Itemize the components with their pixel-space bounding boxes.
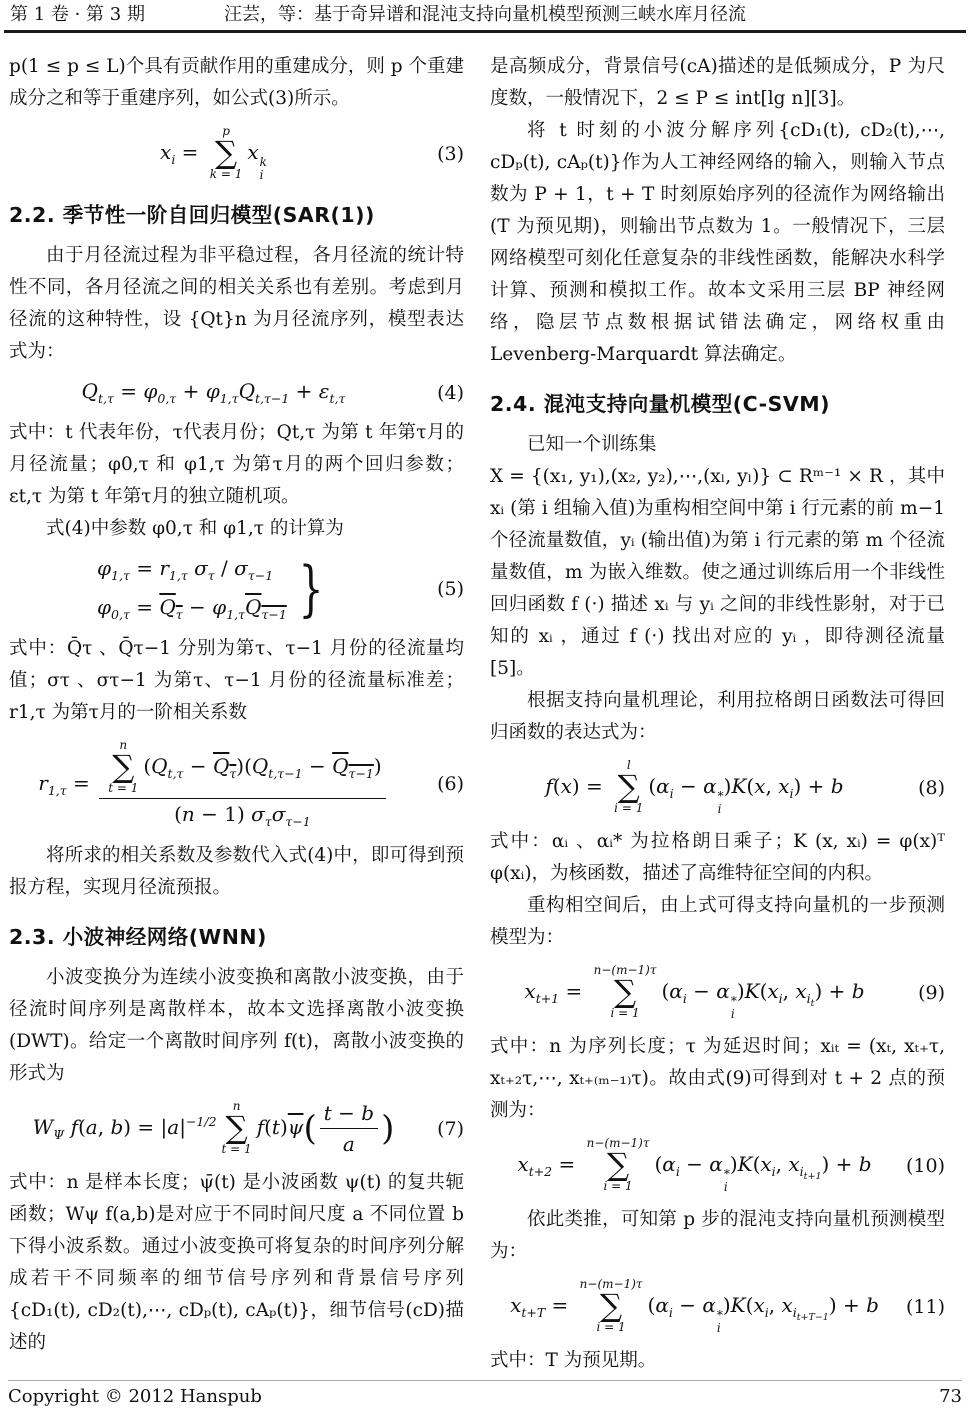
math-token: k: [260, 156, 267, 169]
math-token: Ψ: [53, 1127, 64, 1142]
math-token: εt,τ: [319, 379, 346, 403]
equation-4-body: Qt,τ = φ0,τ + φ1,τQt,τ−1 + εt,τ: [9, 378, 418, 407]
equation-7-number: (7): [418, 1118, 464, 1140]
math-token: n∑t = 1(Qt,τ − Qτ)(Qt,τ−1 − Qτ−1): [99, 739, 386, 799]
math-token: −: [674, 774, 703, 798]
math-token: t+2: [529, 1164, 552, 1179]
math-token: ψ: [288, 1115, 304, 1139]
equation-4-number: (4): [418, 382, 464, 404]
math-token: α*i: [702, 1293, 723, 1317]
math-token: f: [257, 1115, 264, 1139]
paragraph: 由于月径流过程为非平稳过程，各月径流的统计特性不同，各月径流之间的相关关系也有差…: [9, 240, 464, 368]
math-token: =: [67, 771, 96, 795]
math-token: ,: [776, 1152, 789, 1176]
math-token: xki: [247, 140, 267, 164]
math-token: xit+T−1: [781, 1293, 828, 1317]
math-token: l∑i = 1: [614, 759, 643, 816]
math-token: τ: [265, 814, 272, 829]
math-token: t: [324, 1101, 332, 1125]
equation-7-body: WΨ f(a, b) = |a|−1/2n∑t = 1f(t)ψ(t − ba): [9, 1100, 418, 1157]
math-token: =: [130, 556, 159, 580]
equation-11-body: xt+T = n−(m−1)τ∑i = 1(αi − α*i)K(xi, xit…: [490, 1278, 899, 1335]
math-token: (n − 1) στστ−1: [174, 799, 311, 830]
math-token: (: [78, 1115, 86, 1139]
math-token: αi: [669, 979, 687, 1003]
math-token: φ1,τ: [212, 595, 245, 619]
math-token: x: [754, 774, 765, 798]
math-token: xt+1: [524, 979, 559, 1003]
math-token: φ0,τ: [97, 595, 130, 619]
math-token: Qτ: [213, 754, 236, 778]
paragraph: 是高频成分，背景信号(cA)描述的是低频成分，P 为尺度数，一般情况下，2 ≤ …: [490, 51, 945, 115]
math-token: φ1,τ = r1,τ στ / στ−1φ0,τ = Qτ − φ1,τQτ−…: [97, 555, 287, 623]
equation-5: φ1,τ = r1,τ στ / στ−1φ0,τ = Qτ − φ1,τQτ−…: [9, 555, 464, 623]
section-heading-2-3: 2.3. 小波神经网络(WNN): [9, 920, 464, 950]
math-token: Qτ: [159, 595, 182, 619]
equation-5-body: φ1,τ = r1,τ στ / στ−1φ0,τ = Qτ − φ1,τQτ−…: [9, 555, 418, 623]
math-token: ∑: [112, 753, 134, 782]
math-token: φ0,τ: [143, 379, 176, 403]
math-token: a: [167, 1115, 179, 1139]
math-token: }: [298, 564, 323, 615]
math-token: αi: [655, 1293, 673, 1317]
math-token: b: [361, 1101, 374, 1125]
math-token: 1,τ: [48, 783, 67, 798]
math-token: i: [724, 1181, 728, 1194]
math-token: i = 1: [603, 1180, 632, 1194]
math-token: στ: [251, 802, 272, 826]
math-token: xt+T: [510, 1293, 545, 1317]
math-token: τ: [208, 568, 215, 583]
math-token: α: [703, 774, 717, 798]
math-token: Qt,τ−1: [252, 754, 303, 778]
paragraph: 式中：Q̄τ 、Q̄τ−1 分别为第τ、τ−1 月份的径流量均值；στ 、στ−…: [9, 633, 464, 729]
paragraph: 式中：t 代表年份，τ代表月份；Qt,τ 为第 t 年第τ月的月径流量；φ0,τ…: [9, 417, 464, 513]
math-token: k = 1: [210, 168, 243, 182]
math-token: − 1): [195, 802, 251, 826]
math-token: n−(m−1)τ∑i = 1: [594, 964, 657, 1021]
math-token: t+T: [521, 1305, 545, 1320]
math-token: ): [374, 754, 382, 778]
math-token: x: [247, 140, 258, 164]
math-token: b: [859, 1152, 872, 1176]
math-token: 1,τ: [111, 568, 130, 583]
math-token: K: [731, 1293, 746, 1317]
math-token: n−(m−1)τ∑i = 1: [580, 1278, 643, 1335]
equation-6-number: (6): [418, 773, 464, 795]
math-token: t+T−1: [797, 1312, 829, 1323]
math-token: (: [174, 802, 182, 826]
math-token: K: [745, 979, 760, 1003]
math-token: α*i: [703, 774, 724, 798]
math-token: −: [183, 754, 212, 778]
math-token: α*i: [716, 979, 737, 1003]
math-token: =: [552, 1152, 581, 1176]
paragraph: 式中：T 为预见期。: [490, 1345, 945, 1377]
math-token: xi: [778, 774, 793, 798]
equation-3-body: xi = p∑k = 1xki: [9, 125, 418, 182]
math-token: t − ba: [320, 1100, 378, 1157]
equation-11-number: (11): [899, 1296, 945, 1318]
math-token: K: [738, 1152, 753, 1176]
section-heading-2-2: 2.2. 季节性一阶自回归模型(SAR(1)): [9, 198, 464, 228]
math-token: i = 1: [597, 1321, 626, 1335]
equation-8: f(x) = l∑i = 1(αi − α*i)K(x, xi) + b (8): [490, 759, 945, 816]
math-token: =: [175, 140, 204, 164]
math-token: i = 1: [614, 802, 643, 816]
math-token: xi: [753, 1293, 768, 1317]
math-token: ,: [783, 979, 796, 1003]
right-column: 是高频成分，背景信号(cA)描述的是低频成分，P 为尺度数，一般情况下，2 ≤ …: [490, 51, 945, 1381]
math-token: =: [545, 1293, 574, 1317]
paragraph: X = {(x₁, y₁),(x₂, y₂),⋯,(xₗ, yₗ)} ⊂ Rᵐ⁻…: [490, 461, 945, 685]
two-column-content: p(1 ≤ p ≤ L)个具有贡献作用的重建成分，则 p 个重建成分之和等于重建…: [0, 33, 970, 1381]
equation-3: xi = p∑k = 1xki (3): [9, 125, 464, 182]
math-token: =: [114, 379, 143, 403]
paragraph: 将所求的相关系数及参数代入式(4)中，即可得到预报方程，实现月径流预报。: [9, 840, 464, 904]
left-column: p(1 ≤ p ≤ L)个具有贡献作用的重建成分，则 p 个重建成分之和等于重建…: [9, 51, 464, 1381]
math-token: xi: [760, 1152, 775, 1176]
paragraph: 已知一个训练集: [490, 429, 945, 461]
math-token: 0,τ: [157, 391, 176, 406]
math-token: f: [545, 774, 552, 798]
math-token: p∑k = 1: [210, 125, 243, 182]
math-token: t − b: [320, 1100, 378, 1129]
math-token: it+1: [800, 1164, 822, 1179]
paragraph: 式中：n 是样本长度；ψ̄(t) 是小波函数 ψ(t) 的复共轭函数；Wψ f(…: [9, 1167, 464, 1359]
math-token: ): [381, 1109, 394, 1149]
math-token: a: [343, 1129, 355, 1157]
equation-3-number: (3): [418, 143, 464, 165]
math-token: τ−1: [261, 607, 286, 622]
math-token: a: [86, 1115, 98, 1139]
equation-4: Qt,τ = φ0,τ + φ1,τQt,τ−1 + εt,τ (4): [9, 378, 464, 407]
math-token: |−1/2: [179, 1115, 216, 1139]
paragraph: 式中：αᵢ 、αᵢ* 为拉格朗日乘子；K (x, xᵢ) = φ(x)ᵀ φ(x…: [490, 826, 945, 890]
equation-5-number: (5): [418, 578, 464, 600]
math-token: αi: [656, 774, 674, 798]
math-token: ,: [98, 1115, 111, 1139]
paragraph: 将 t 时刻的小波分解序列{cD₁(t), cD₂(t),⋯, cDₚ(t), …: [490, 115, 945, 371]
math-token: ∑: [600, 1292, 622, 1321]
math-token: φ1,τ: [206, 379, 239, 403]
paragraph: 根据支持向量机理论，利用拉格朗日函数法可得回归函数的表达式为：: [490, 685, 945, 749]
math-token: ) +: [822, 1152, 859, 1176]
math-token: t,τ: [330, 391, 346, 406]
math-token: στ−1: [272, 802, 311, 826]
math-token: r1,τ: [159, 556, 187, 580]
math-token: ∑: [614, 978, 636, 1007]
math-token: 1,τ: [226, 607, 245, 622]
equation-9: xt+1 = n−(m−1)τ∑i = 1(αi − α*i)K(xi, xit…: [490, 964, 945, 1021]
page-footer: Copyright © 2012 Hanspub 73: [8, 1380, 962, 1408]
math-token: αi: [662, 1152, 680, 1176]
math-token: it+T−1: [793, 1305, 829, 1320]
math-token: f: [71, 1115, 78, 1139]
paragraph: 依此类推，可知第 p 步的混沌支持向量机预测模型为：: [490, 1204, 945, 1268]
math-token: n∑t = 1: [108, 739, 138, 796]
math-token: t,τ: [168, 766, 184, 781]
math-token: t = 1: [222, 1143, 252, 1157]
math-token: α: [709, 1152, 723, 1176]
math-token: 0,τ: [111, 607, 130, 622]
math-token: Qτ−1: [332, 754, 374, 778]
math-token: n∑t = 1: [222, 1100, 252, 1157]
equation-6-body: r1,τ = n∑t = 1(Qt,τ − Qτ)(Qt,τ−1 − Qτ−1)…: [9, 739, 418, 830]
equation-6: r1,τ = n∑t = 1(Qt,τ − Qτ)(Qt,τ−1 − Qτ−1)…: [9, 739, 464, 830]
math-token: t = 1: [108, 782, 138, 796]
section-heading-2-4: 2.4. 混沌支持向量机模型(C-SVM): [490, 387, 945, 417]
math-token: xt+2: [517, 1152, 552, 1176]
equation-7: WΨ f(a, b) = |a|−1/2n∑t = 1f(t)ψ(t − ba)…: [9, 1100, 464, 1157]
math-token: xit: [795, 979, 814, 1003]
math-token: K: [731, 774, 746, 798]
math-token: x: [561, 774, 572, 798]
math-token: α: [716, 979, 730, 1003]
math-token: −: [332, 1101, 361, 1125]
equation-9-body: xt+1 = n−(m−1)τ∑i = 1(αi − α*i)K(xi, xit…: [490, 964, 899, 1021]
page-header: 第 1 卷 · 第 3 期 汪芸，等：基于奇异谱和混沌支持向量机模型预测三峡水库…: [4, 0, 966, 33]
math-token: ) =: [572, 774, 609, 798]
math-token: φ1,τ = r1,τ στ / στ−1: [97, 555, 273, 584]
math-token: )(: [236, 754, 252, 778]
math-token: ) +: [815, 979, 852, 1003]
math-token: n−(m−1)τ∑i = 1: [587, 1137, 650, 1194]
math-token: i: [260, 169, 264, 182]
math-token: 1,τ: [220, 391, 239, 406]
math-token: ∑: [607, 1151, 629, 1180]
math-token: ) +: [794, 774, 831, 798]
math-token: ∑: [215, 139, 237, 168]
math-token: −: [183, 595, 212, 619]
math-token: b: [852, 979, 865, 1003]
math-token: ,: [766, 774, 779, 798]
math-token: t+1: [536, 991, 559, 1006]
math-token: t,τ: [98, 391, 114, 406]
math-token: ki: [260, 156, 267, 181]
math-token: −1/2: [186, 1114, 217, 1129]
equation-8-number: (8): [899, 777, 945, 799]
math-token: φ1,τ = r1,τ στ / στ−1φ0,τ = Qτ − φ1,τQτ−…: [97, 555, 330, 623]
paragraph: 小波变换分为连续小波变换和离散小波变换，由于径流时间序列是离散样本，故本文选择离…: [9, 962, 464, 1090]
math-token: xit+1: [788, 1152, 821, 1176]
paragraph: 式(4)中参数 φ0,τ 和 φ1,τ 的计算为: [9, 513, 464, 545]
equation-10: xt+2 = n−(m−1)τ∑i = 1(αi − α*i)K(xi, xit…: [490, 1137, 945, 1194]
math-token: t,τ−1: [255, 391, 289, 406]
math-token: ) = |: [123, 1115, 167, 1139]
math-token: (: [648, 774, 656, 798]
math-token: −: [687, 979, 716, 1003]
math-token: b: [866, 1293, 879, 1317]
paper-page: 第 1 卷 · 第 3 期 汪芸，等：基于奇异谱和混沌支持向量机模型预测三峡水库…: [0, 0, 970, 1414]
equation-9-number: (9): [899, 982, 945, 1004]
math-token: i: [718, 803, 722, 816]
math-token: −: [303, 754, 332, 778]
math-token: (: [303, 1109, 316, 1149]
math-token: n∑t = 1(Qt,τ − Qτ)(Qt,τ−1 − Qτ−1)(n − 1)…: [99, 739, 386, 830]
math-token: (: [143, 754, 151, 778]
page-number: 73: [939, 1386, 962, 1408]
math-token: (: [553, 774, 561, 798]
math-token: i = 1: [610, 1007, 639, 1021]
math-token: r1,τ: [38, 771, 66, 795]
math-token: =: [130, 595, 159, 619]
math-token: ): [280, 1115, 288, 1139]
math-token: WΨ: [33, 1115, 65, 1139]
math-token: φ1,τ: [97, 556, 130, 580]
math-token: +: [176, 379, 205, 403]
math-token: i: [731, 1008, 735, 1021]
copyright-text: Copyright © 2012 Hanspub: [8, 1386, 262, 1408]
math-token: α: [702, 1293, 716, 1317]
math-token: ): [730, 1152, 738, 1176]
math-token: τ−1: [285, 814, 310, 829]
math-token: τ−1: [349, 766, 374, 781]
math-token: α*i: [709, 1152, 730, 1176]
math-token: ,: [769, 1293, 782, 1317]
math-token: /: [215, 556, 234, 580]
math-token: ∑: [618, 773, 640, 802]
math-token: t: [272, 1115, 280, 1139]
math-token: t,τ−1: [268, 766, 302, 781]
math-token: (: [264, 1115, 272, 1139]
math-token: b: [831, 774, 844, 798]
math-token: ): [737, 979, 745, 1003]
math-token: ) +: [829, 1293, 866, 1317]
equation-8-body: f(x) = l∑i = 1(αi − α*i)K(x, xi) + b: [490, 759, 899, 816]
math-token: it: [807, 991, 815, 1006]
paragraph: 重构相空间后，由上式可得支持向量机的一步预测模型为：: [490, 890, 945, 954]
math-token: Qτ−1: [245, 595, 287, 619]
math-token: τ−1: [248, 568, 273, 583]
math-token: a: [343, 1132, 355, 1156]
math-token: Qt,τ: [151, 754, 183, 778]
math-token: −: [673, 1293, 702, 1317]
equation-10-body: xt+2 = n−(m−1)τ∑i = 1(αi − α*i)K(xi, xit…: [490, 1137, 899, 1194]
equation-11: xt+T = n−(m−1)τ∑i = 1(αi − α*i)K(xi, xit…: [490, 1278, 945, 1335]
math-token: ): [723, 1293, 731, 1317]
math-token: n: [182, 802, 195, 826]
math-token: ∑: [226, 1114, 248, 1143]
math-token: στ−1: [234, 556, 273, 580]
paragraph: p(1 ≤ p ≤ L)个具有贡献作用的重建成分，则 p 个重建成分之和等于重建…: [9, 51, 464, 115]
paragraph: 式中：n 为序列长度；τ 为延迟时间；xᵢₜ = (xₜ, xₜ₊τ, xₜ₊₂…: [490, 1031, 945, 1127]
math-token: i: [717, 1322, 721, 1335]
math-token: Qt,τ−1: [239, 379, 290, 403]
math-token: xi: [767, 979, 782, 1003]
math-token: t+1: [804, 1171, 822, 1182]
math-token: b: [110, 1115, 123, 1139]
running-title: 汪芸，等：基于奇异谱和混沌支持向量机模型预测三峡水库月径流: [4, 2, 966, 28]
math-token: −: [680, 1152, 709, 1176]
math-token: στ: [194, 556, 215, 580]
math-token: =: [559, 979, 588, 1003]
math-token: +: [289, 379, 318, 403]
math-token: φ0,τ = Qτ − φ1,τQτ−1: [97, 594, 287, 623]
math-token: 1,τ: [169, 568, 188, 583]
equation-10-number: (10): [899, 1155, 945, 1177]
math-token: xi: [160, 140, 175, 164]
math-token: Qt,τ: [82, 379, 114, 403]
math-token: τ: [176, 607, 183, 622]
